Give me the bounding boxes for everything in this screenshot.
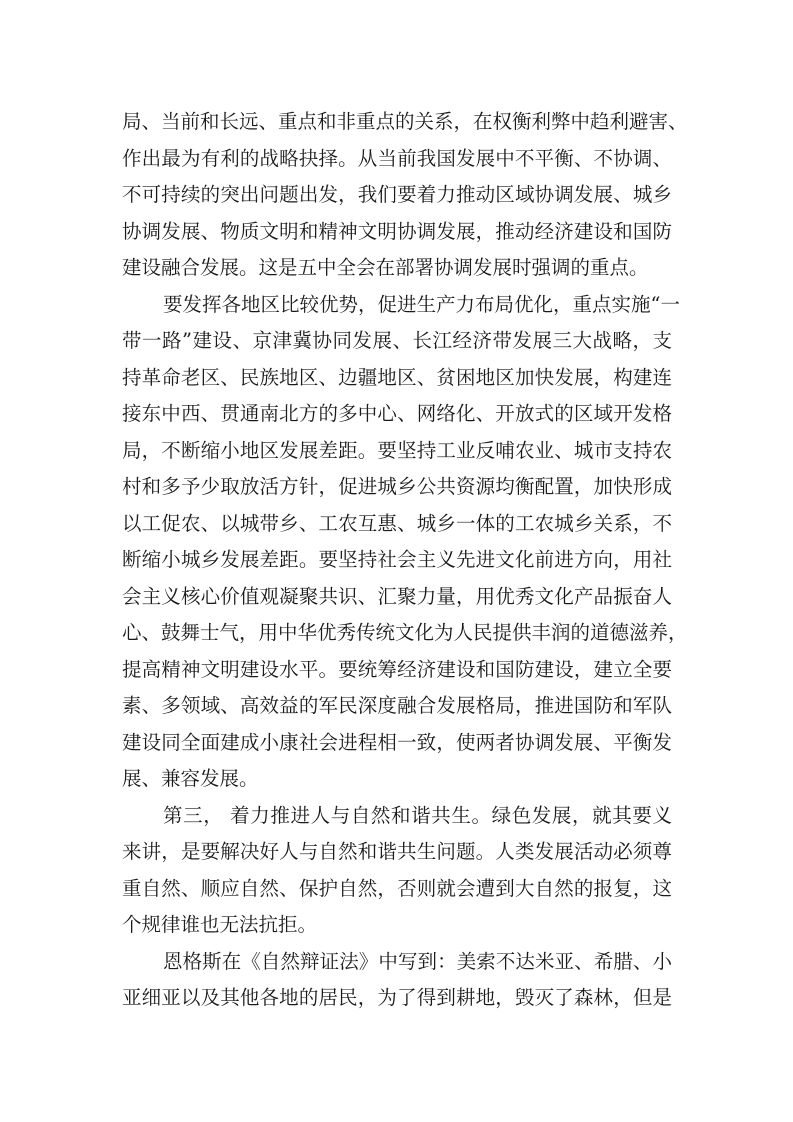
text-line: 心、鼓舞士气，用中华优秀传统文化为人民提供丰润的道德滋养， [122,615,672,652]
text-line: 局，不断缩小地区发展差距。要坚持工业反哺农业、城市支持农 [122,433,672,470]
text-line: 提高精神文明建设水平。要统筹经济建设和国防建设，建立全要 [122,652,672,689]
text-line: 来讲，是要解决好人与自然和谐共生问题。人类发展活动必须尊 [122,834,672,871]
document-page: 局、当前和长远、重点和非重点的关系，在权衡利弊中趋利避害、 作出最为有利的战略抉… [0,0,793,1122]
text-line: 亚细亚以及其他各地的居民，为了得到耕地，毁灭了森林，但是 [122,980,672,1017]
text-line: 断缩小城乡发展差距。要坚持社会主义先进文化前进方向，用社 [122,542,672,579]
text-line: 协调发展、物质文明和精神文明协调发展，推动经济建设和国防 [122,214,672,251]
text-line: 个规律谁也无法抗拒。 [122,907,672,944]
text-line: 带一路”建设、京津冀协同发展、长江经济带发展三大战略，支 [122,323,672,360]
text-line: 重自然、顺应自然、保护自然，否则就会遭到大自然的报复，这 [122,871,672,908]
text-line: 持革命老区、民族地区、边疆地区、贫困地区加快发展，构建连 [122,360,672,397]
paragraph-1: 局、当前和长远、重点和非重点的关系，在权衡利弊中趋利避害、 作出最为有利的战略抉… [122,104,672,287]
document-body: 局、当前和长远、重点和非重点的关系，在权衡利弊中趋利避害、 作出最为有利的战略抉… [122,104,672,1017]
text-line: 会主义核心价值观凝聚共识、汇聚力量，用优秀文化产品振奋人 [122,579,672,616]
text-line: 素、多领域、高效益的军民深度融合发展格局，推进国防和军队 [122,688,672,725]
paragraph-3: 第三， 着力推进人与自然和谐共生。绿色发展，就其要义 来讲，是要解决好人与自然和… [122,798,672,944]
text-line: 第三， 着力推进人与自然和谐共生。绿色发展，就其要义 [122,798,672,835]
text-line: 要发挥各地区比较优势，促进生产力布局优化，重点实施“一 [122,287,672,324]
text-line: 村和多予少取放活方针，促进城乡公共资源均衡配置，加快形成 [122,469,672,506]
text-line: 建设融合发展。这是五中全会在部署协调发展时强调的重点。 [122,250,672,287]
text-line: 局、当前和长远、重点和非重点的关系，在权衡利弊中趋利避害、 [122,104,672,141]
text-line: 建设同全面建成小康社会进程相一致，使两者协调发展、平衡发 [122,725,672,762]
paragraph-2: 要发挥各地区比较优势，促进生产力布局优化，重点实施“一 带一路”建设、京津冀协同… [122,287,672,798]
text-line: 以工促农、以城带乡、工农互惠、城乡一体的工农城乡关系，不 [122,506,672,543]
text-line: 作出最为有利的战略抉择。从当前我国发展中不平衡、不协调、 [122,141,672,178]
text-line: 接东中西、贯通南北方的多中心、网络化、开放式的区域开发格 [122,396,672,433]
text-line: 恩格斯在《自然辩证法》中写到：美索不达米亚、希腊、小 [122,944,672,981]
text-line: 展、兼容发展。 [122,761,672,798]
paragraph-4: 恩格斯在《自然辩证法》中写到：美索不达米亚、希腊、小 亚细亚以及其他各地的居民，… [122,944,672,1017]
text-line: 不可持续的突出问题出发，我们要着力推动区域协调发展、城乡 [122,177,672,214]
